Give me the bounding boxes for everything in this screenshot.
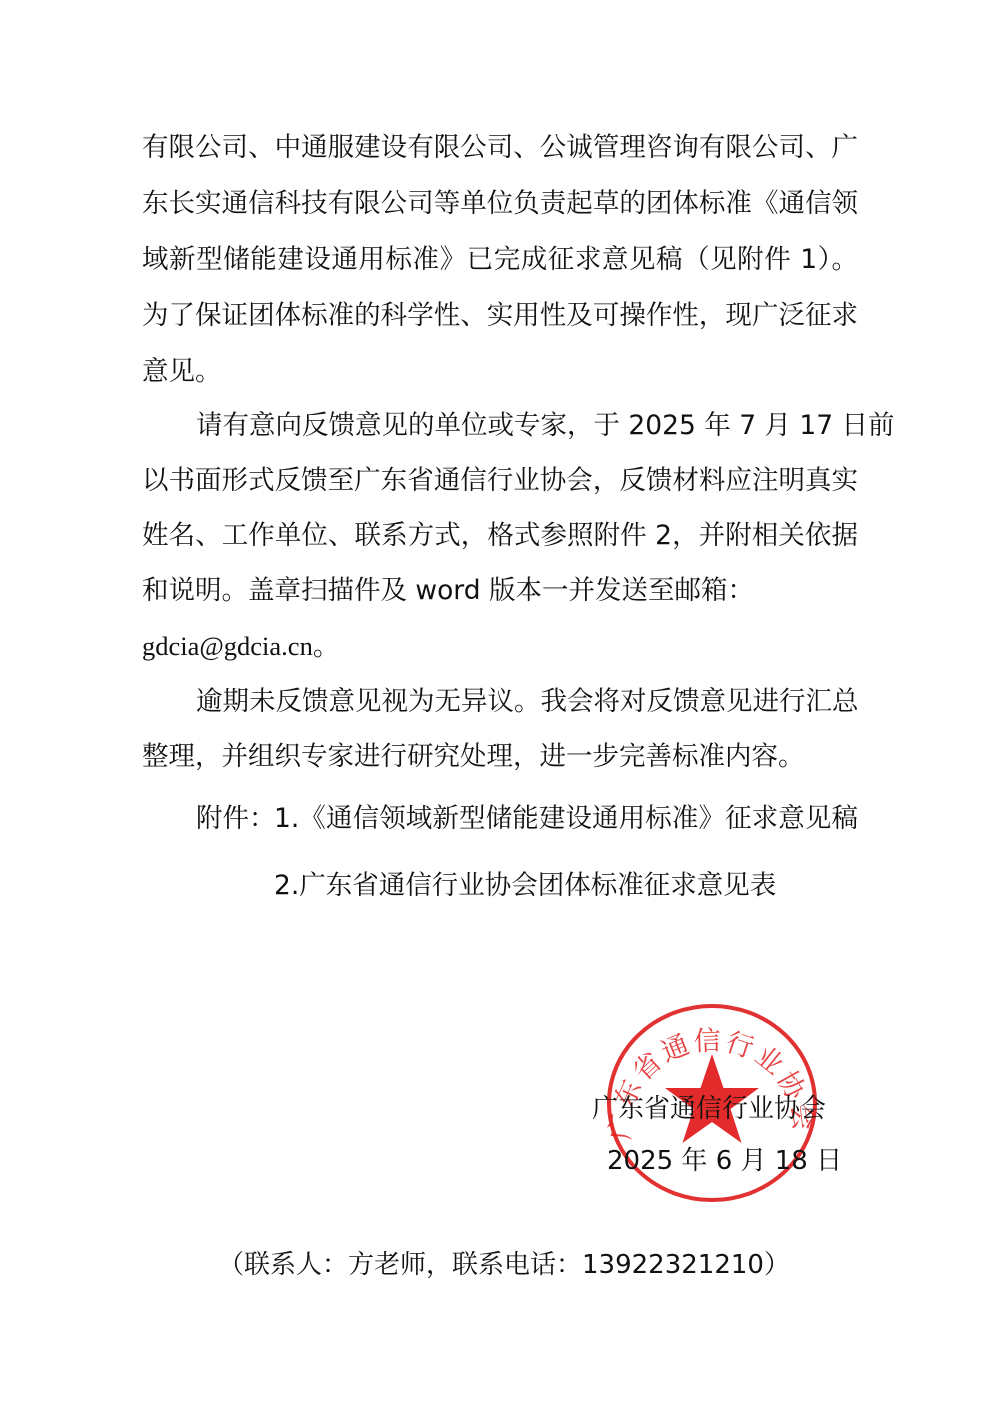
attachment-item-2: 2.广东省通信行业协会团体标准征求意见表 — [274, 869, 776, 903]
signature-date: 2025 年 6 月 18 日 — [607, 1144, 842, 1178]
signature-organization: 广东省通信行业协会 — [592, 1092, 826, 1126]
paragraph-1-line-1: 有限公司、中通服建设有限公司、公诚管理咨询有限公司、广 — [142, 131, 858, 165]
contact-info: （联系人：方老师，联系电话：13922321210） — [218, 1248, 790, 1282]
paragraph-2-line-4: 和说明。盖章扫描件及 word 版本一并发送至邮箱： — [142, 574, 858, 608]
paragraph-3-line-1: 逾期未反馈意见视为无异议。我会将对反馈意见进行汇总 — [196, 685, 858, 719]
paragraph-1-line-4: 为了保证团体标准的科学性、实用性及可操作性，现广泛征求 — [142, 299, 858, 333]
paragraph-3-line-2: 整理，并组织专家进行研究处理，进一步完善标准内容。 — [142, 740, 858, 774]
document-page: 有限公司、中通服建设有限公司、公诚管理咨询有限公司、广 东长实通信科技有限公司等… — [0, 0, 1000, 1415]
email-address: gdcia@gdcia.cn。 — [142, 629, 858, 663]
attachments-label: 附件： — [196, 802, 276, 836]
attachment-item-1: 1.《通信领域新型储能建设通用标准》征求意见稿 — [274, 802, 858, 836]
paragraph-1-line-3: 域新型储能建设通用标准》已完成征求意见稿（见附件 1）。 — [142, 243, 858, 277]
paragraph-1-line-5: 意见。 — [142, 355, 858, 389]
paragraph-1-line-2: 东长实通信科技有限公司等单位负责起草的团体标准《通信领 — [142, 187, 858, 221]
paragraph-2-line-3: 姓名、工作单位、联系方式，格式参照附件 2，并附相关依据 — [142, 519, 858, 553]
paragraph-2-line-2: 以书面形式反馈至广东省通信行业协会，反馈材料应注明真实 — [142, 464, 858, 498]
paragraph-2-line-1: 请有意向反馈意见的单位或专家，于 2025 年 7 月 17 日前 — [196, 409, 858, 443]
